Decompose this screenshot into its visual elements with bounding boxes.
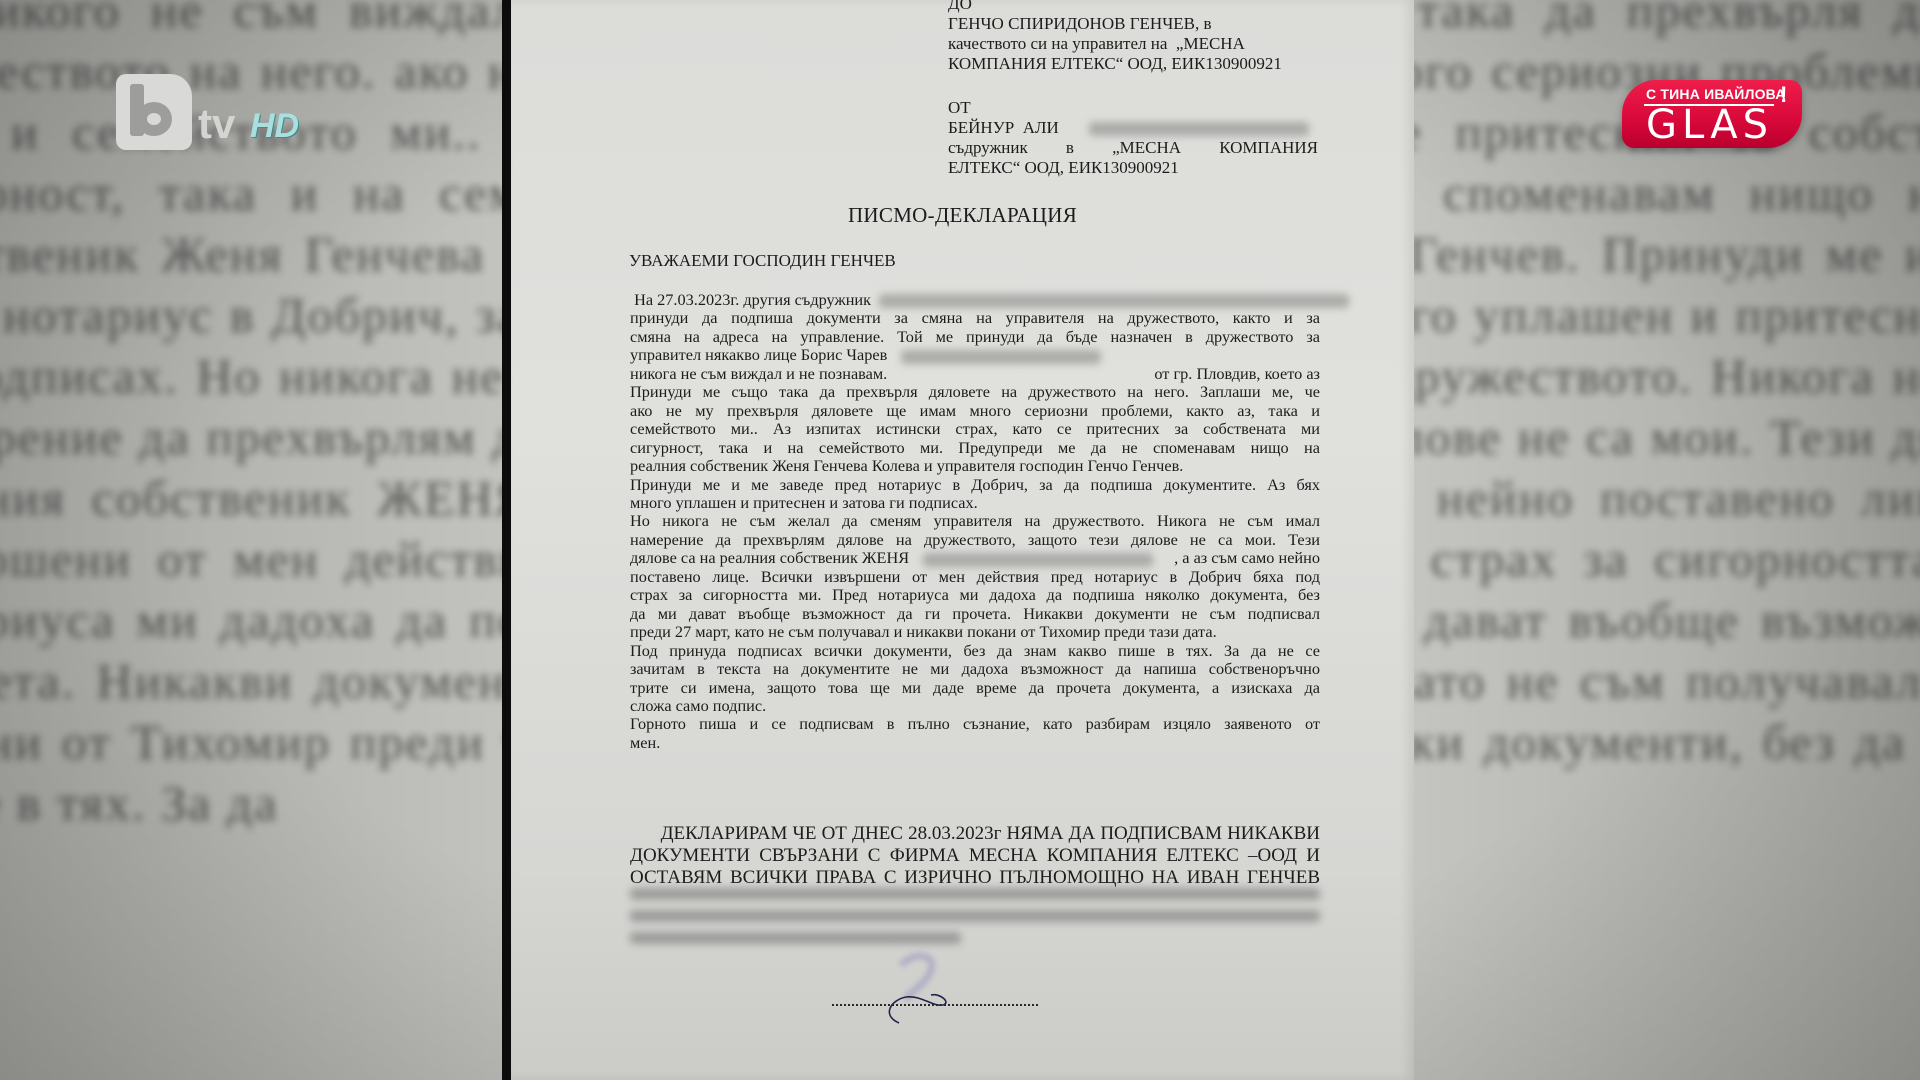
body-line-text: дялове са на реалния собственик ЖЕНЯ (630, 548, 909, 567)
body-line: мен. (630, 734, 1320, 752)
recipient-line: КОМПАНИЯ ЕЛТЕКС“ ООД, ЕИК130900921 (948, 54, 1318, 74)
sender-line: ЕЛТЕКС“ ООД, ЕИК130900921 (948, 158, 1318, 178)
body-line: дялове са на реалния собственик ЖЕНЯ, а … (630, 549, 1320, 567)
recipient-line: качеството си на управител на „МЕСНА (948, 34, 1318, 54)
glas-show-logo: С ТИНА ИВАЙЛОВА ! GLAS (1622, 80, 1802, 148)
body-line: да ми дават въобще възможност да ги проч… (630, 605, 1320, 623)
body-line-text: Принуди ме и ме заведе пред нотариус в Д… (630, 475, 1320, 494)
redacted-name (879, 294, 1349, 308)
declaration-paragraph: ДЕКЛАРИРАМ ЧЕ ОТ ДНЕС 28.03.2023г НЯМА Д… (630, 823, 1320, 889)
body-line-text: никога не съм виждал и не познавам. (630, 364, 887, 383)
sender-name-text: БЕЙНУР АЛИ (948, 118, 1059, 137)
declaration-line: ОСТАВЯМ ВСИЧКИ ПРАВА С ИЗРИЧНО ПЪЛНОМОЩН… (630, 867, 1320, 889)
from-label: ОТ (948, 98, 1318, 118)
body-line: смяна на адреса на управление. Той ме пр… (630, 328, 1320, 346)
body-line-text: смяна на адреса на управление. Той ме пр… (630, 327, 1320, 346)
body-line: страх за сигорността ми. Пред нотариуса … (630, 586, 1320, 604)
btv-tv-text: tv (198, 102, 235, 146)
body-line-text: намерение да прехвърлям дялове на дружес… (630, 530, 1320, 549)
body-line-text: трите си имена, защото това ще ми даде в… (630, 678, 1320, 697)
body-line: Принуди ме и ме заведе пред нотариус в Д… (630, 476, 1320, 494)
document-body: На 27.03.2023г. другия съдружникпринуди … (630, 291, 1320, 752)
declaration-line: ДОКУМЕНТИ СВЪРЗАНИ С ФИРМА МЕСНА КОМПАНИ… (630, 845, 1320, 867)
body-line-text: семейството ми.. Аз изпитах истински стр… (630, 419, 1320, 438)
body-line-text: принуди да подпиша документи за смяна на… (630, 308, 1320, 327)
recipient-block: ДО ГЕНЧО СПИРИДОНОВ ГЕНЧЕВ, в качеството… (948, 0, 1318, 74)
body-line: реалния собственик Женя Генчева Колева и… (630, 457, 1320, 475)
body-line-text: Но никога не съм желал да сменям управит… (630, 511, 1320, 530)
body-line-text: сигурност, така и на семейството ми. Пре… (630, 438, 1320, 457)
salutation: УВАЖАЕМИ ГОСПОДИН ГЕНЧЕВ (629, 251, 896, 271)
glas-exclamation: ! (1780, 82, 1787, 108)
body-line: много уплашен и притеснен и затова ги по… (630, 494, 1320, 512)
body-line: Горното пиша и се подписвам в пълно съзн… (630, 715, 1320, 733)
signature-icon (861, 945, 981, 1025)
body-line-text: реалния собственик Женя Генчева Колева и… (630, 456, 1183, 475)
btv-hd-logo: tv HD (116, 74, 316, 154)
to-label: ДО (948, 0, 1318, 14)
body-line: На 27.03.2023г. другия съдружник (630, 291, 1320, 309)
sender-line: съдружник в „МЕСНА КОМПАНИЯ (948, 138, 1318, 158)
body-line: сигурност, така и на семейството ми. Пре… (630, 439, 1320, 457)
body-line: Под принуда подписах всички документи, б… (630, 642, 1320, 660)
body-line-tail: от гр. Пловдив, което аз (1154, 365, 1320, 383)
body-line-text: зачитам в текста на документите не ми да… (630, 659, 1320, 678)
btv-hd-text: HD (250, 106, 299, 146)
body-line-text: да ми дават въобще възможност да ги проч… (630, 604, 1320, 623)
document-paper: ДО ГЕНЧО СПИРИДОНОВ ГЕНЧЕВ, в качеството… (511, 0, 1414, 1080)
letter-declaration: ДО ГЕНЧО СПИРИДОНОВ ГЕНЧЕВ, в качеството… (511, 0, 1414, 1080)
body-line-text: преди 27 март, като не съм получавал и н… (630, 622, 1217, 641)
sender-block: ОТ БЕЙНУР АЛИ съдружник в „МЕСНА КОМПАНИ… (948, 98, 1318, 178)
body-line: управител някакво лице Борис Чаревот гр.… (630, 346, 1320, 364)
document-title: ПИСМО-ДЕКЛАРАЦИЯ (511, 203, 1414, 228)
body-line: семейството ми.. Аз изпитах истински стр… (630, 420, 1320, 438)
body-line: Но никога не съм желал да сменям управит… (630, 512, 1320, 530)
sender-name: БЕЙНУР АЛИ (948, 118, 1318, 138)
btv-b-mark (116, 74, 192, 150)
body-line: принуди да подпиша документи за смяна на… (630, 309, 1320, 327)
body-line-text: Принуди ме също така да прехвърля дялове… (630, 382, 1320, 401)
body-line: намерение да прехвърлям дялове на дружес… (630, 531, 1320, 549)
body-line-text: много уплашен и притеснен и затова ги по… (630, 493, 978, 512)
body-line: ако не му прехвърля дяловете ще имам мно… (630, 402, 1320, 420)
body-line-text: сложа само подпис. (630, 696, 766, 715)
body-line-text: страх за сигорността ми. Пред нотариуса … (630, 585, 1320, 604)
body-line: трите си имена, защото това ще ми даде в… (630, 679, 1320, 697)
body-line: зачитам в текста на документите не ми да… (630, 660, 1320, 678)
body-line-text: поставено лице. Всички извършени от мен … (630, 567, 1320, 586)
glas-tagline: С ТИНА ИВАЙЛОВА (1646, 86, 1786, 102)
body-line-text: управител някакво лице Борис Чарев (630, 345, 887, 364)
body-line-tail: , а аз съм само нейно (1174, 549, 1320, 567)
declaration-line: ДЕКЛАРИРАМ ЧЕ ОТ ДНЕС 28.03.2023г НЯМА Д… (630, 823, 1320, 845)
body-line-text: мен. (630, 733, 660, 752)
redacted-name (901, 350, 1101, 364)
recipient-line: ГЕНЧО СПИРИДОНОВ ГЕНЧЕВ, в (948, 14, 1318, 34)
body-line-text: ако не му прехвърля дяловете ще имам мно… (630, 401, 1320, 420)
body-line: Принуди ме също така да прехвърля дялове… (630, 383, 1320, 401)
glas-wordmark: GLAS (1646, 105, 1773, 145)
body-line-text: На 27.03.2023г. другия съдружник (630, 290, 871, 309)
body-line: сложа само подпис. (630, 697, 1320, 715)
redacted-surname (1089, 122, 1309, 136)
body-line: поставено лице. Всички извършени от мен … (630, 568, 1320, 586)
redacted-name (923, 553, 1153, 567)
body-line-text: Горното пиша и се подписвам в пълно съзн… (630, 714, 1320, 733)
body-line: преди 27 март, като не съм получавал и н… (630, 623, 1320, 641)
body-line-text: Под принуда подписах всички документи, б… (630, 641, 1320, 660)
